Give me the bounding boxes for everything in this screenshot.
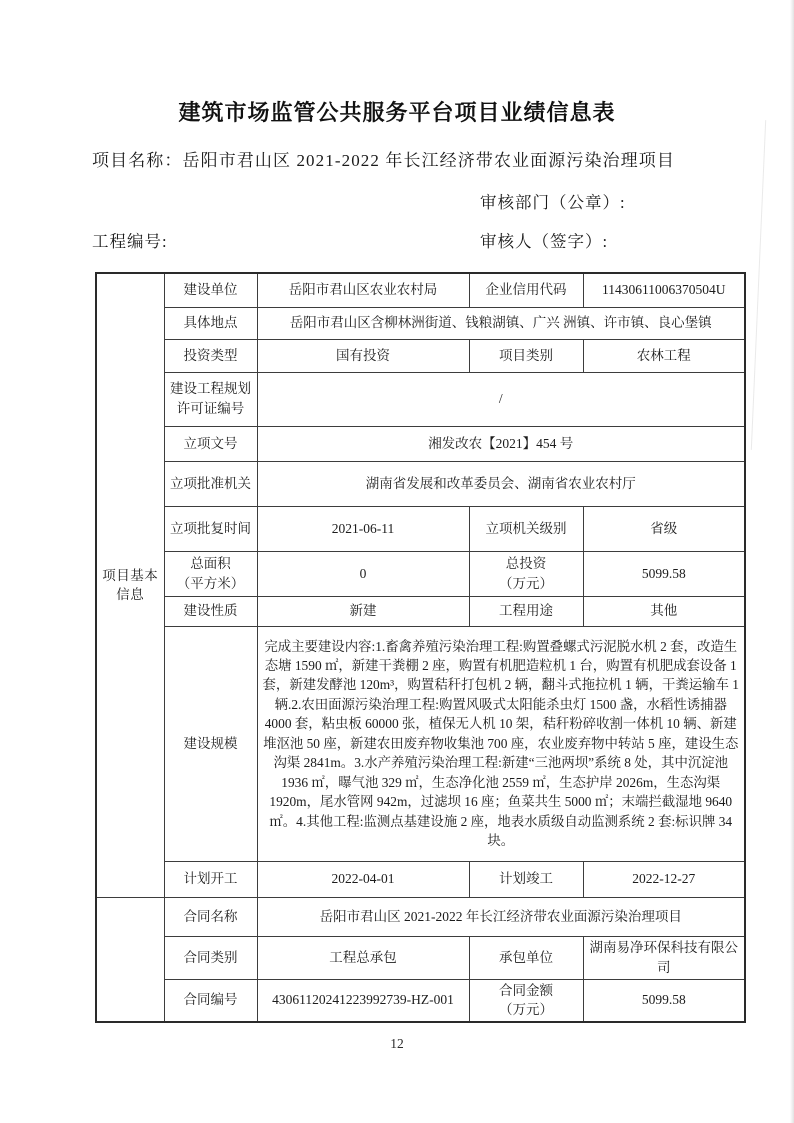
- credit-code-value: 11430611006370504U: [583, 273, 745, 307]
- scan-artifact-edge: [790, 0, 794, 1123]
- contractor-label: 承包单位: [469, 936, 583, 979]
- contract-name-value: 岳阳市君山区 2021-2022 年长江经济带农业面源污染治理项目: [257, 897, 745, 936]
- page-number: 12: [0, 1036, 794, 1052]
- authority-level-value: 省级: [583, 506, 745, 551]
- total-area-label: 总面积 （平方米）: [164, 551, 257, 596]
- total-investment-value: 5099.58: [583, 551, 745, 596]
- review-dept-label: 审核部门（公章）:: [480, 189, 626, 213]
- planned-completion-value: 2022-12-27: [583, 861, 745, 897]
- reviewer-label: 审核人（签字）:: [480, 228, 608, 252]
- approval-date-label: 立项批复时间: [164, 506, 257, 551]
- planning-permit-value: /: [257, 372, 745, 426]
- project-use-label: 工程用途: [469, 596, 583, 626]
- project-name-value: 岳阳市君山区 2021-2022 年长江经济带农业面源污染治理项目: [183, 151, 675, 170]
- planned-start-label: 计划开工: [164, 861, 257, 897]
- approval-authority-value: 湖南省发展和改革委员会、湖南省农业农村厅: [257, 461, 745, 506]
- planned-start-value: 2022-04-01: [257, 861, 469, 897]
- section-basic-label: 项目基本信息: [96, 273, 164, 897]
- investment-type-label: 投资类型: [164, 339, 257, 372]
- contract-type-label: 合同类别: [164, 936, 257, 979]
- contract-no-value: 43061120241223992739-HZ-001: [257, 979, 469, 1022]
- construction-unit-value: 岳阳市君山区农业农村局: [257, 273, 469, 307]
- info-table: 项目基本信息 建设单位 岳阳市君山区农业农村局 企业信用代码 114306110…: [95, 272, 746, 1023]
- construction-nature-value: 新建: [257, 596, 469, 626]
- contract-amount-label: 合同金额 （万元）: [469, 979, 583, 1022]
- planning-permit-label: 建设工程规划许可证编号: [164, 372, 257, 426]
- contract-no-label: 合同编号: [164, 979, 257, 1022]
- approval-doc-value: 湘发改农【2021】454 号: [257, 426, 745, 461]
- approval-authority-label: 立项批准机关: [164, 461, 257, 506]
- credit-code-label: 企业信用代码: [469, 273, 583, 307]
- planned-completion-label: 计划竣工: [469, 861, 583, 897]
- contract-type-value: 工程总承包: [257, 936, 469, 979]
- total-area-value: 0: [257, 551, 469, 596]
- construction-nature-label: 建设性质: [164, 596, 257, 626]
- contract-name-label: 合同名称: [164, 897, 257, 936]
- document-page: 建筑市场监管公共服务平台项目业绩信息表 项目名称：岳阳市君山区 2021-202…: [0, 0, 794, 1123]
- page-title: 建筑市场监管公共服务平台项目业绩信息表: [0, 96, 794, 127]
- project-category-value: 农林工程: [583, 339, 745, 372]
- project-name-line: 项目名称：岳阳市君山区 2021-2022 年长江经济带农业面源污染治理项目: [92, 146, 740, 171]
- construction-unit-label: 建设单位: [164, 273, 257, 307]
- location-value: 岳阳市君山区含柳林洲街道、钱粮湖镇、广兴 洲镇、许市镇、良心堡镇: [257, 307, 745, 339]
- investment-type-value: 国有投资: [257, 339, 469, 372]
- approval-date-value: 2021-06-11: [257, 506, 469, 551]
- scan-artifact-streak: [751, 120, 766, 450]
- project-code-label: 工程编号:: [92, 228, 168, 252]
- construction-scale-label: 建设规模: [164, 626, 257, 861]
- project-category-label: 项目类别: [469, 339, 583, 372]
- contract-amount-value: 5099.58: [583, 979, 745, 1022]
- location-label: 具体地点: [164, 307, 257, 339]
- project-use-value: 其他: [583, 596, 745, 626]
- approval-doc-label: 立项文号: [164, 426, 257, 461]
- total-investment-label: 总投资 （万元）: [469, 551, 583, 596]
- contractor-value: 湖南易净环保科技有限公司: [583, 936, 745, 979]
- authority-level-label: 立项机关级别: [469, 506, 583, 551]
- project-name-label: 项目名称：: [92, 151, 183, 170]
- section-contract-label: [96, 897, 164, 1022]
- construction-scale-value: 完成主要建设内容:1.畜禽养殖污染治理工程:购置叠螺式污泥脱水机 2 套，改造生…: [257, 626, 745, 861]
